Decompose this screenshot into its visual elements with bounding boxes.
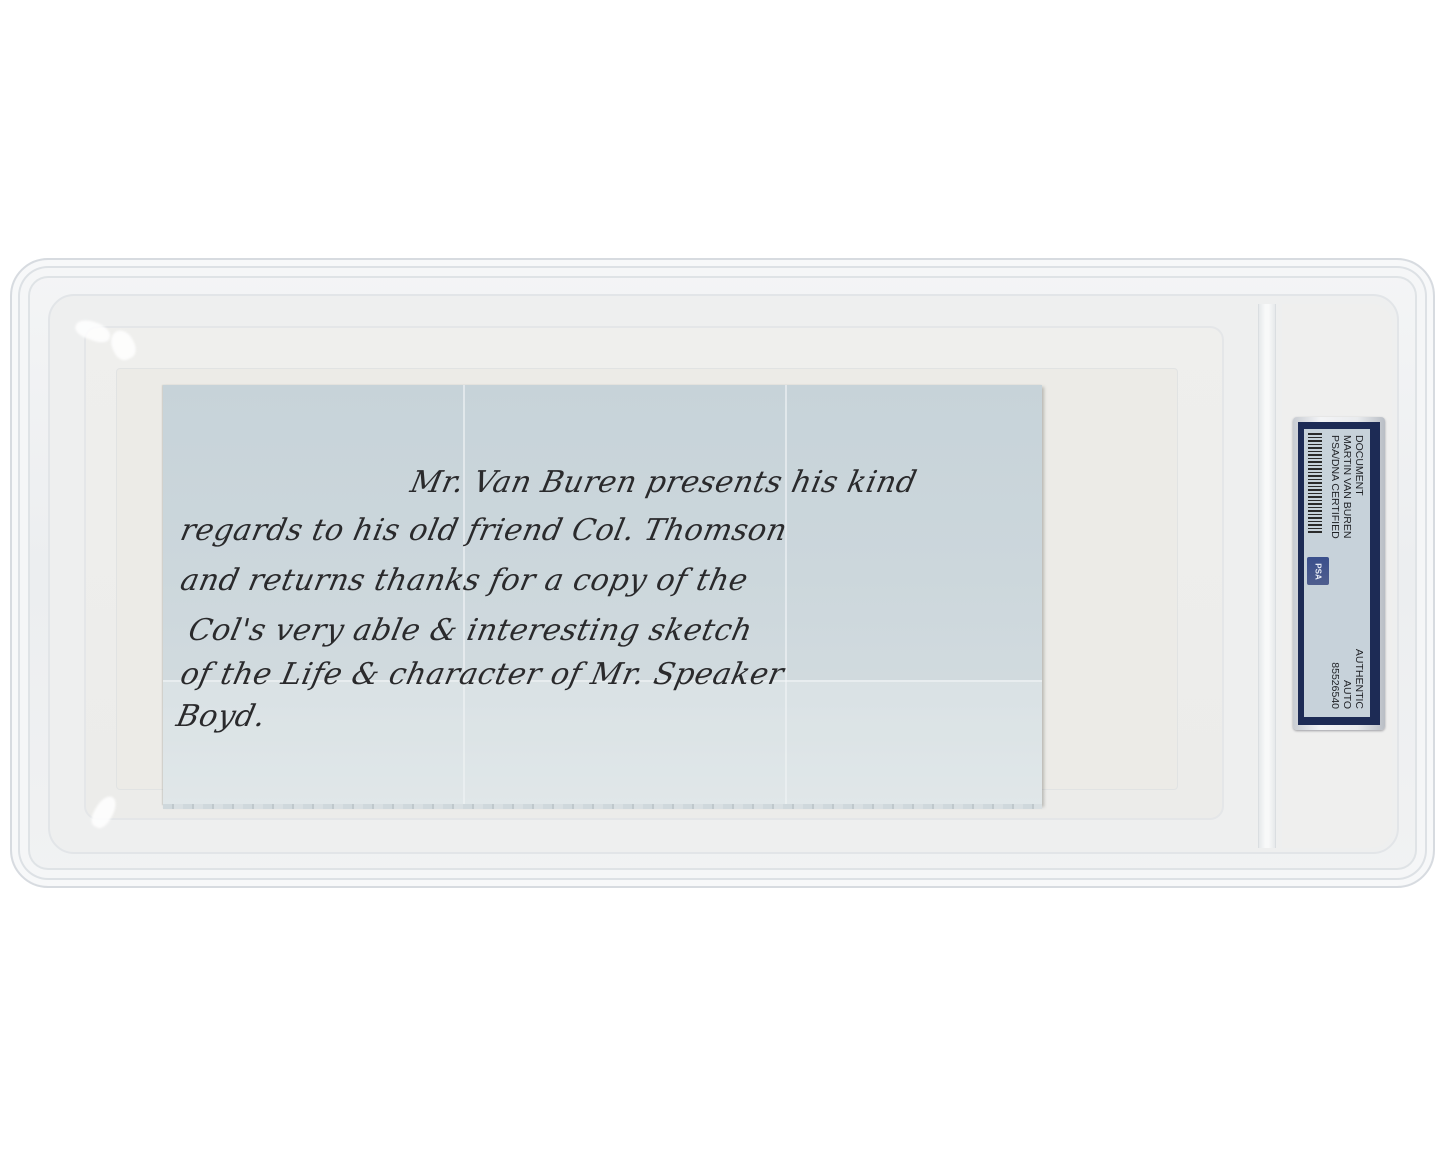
note-line: and returns thanks for a copy of the — [177, 563, 751, 598]
label-cert-number: 85526540 — [1329, 649, 1341, 709]
label-grade: AUTHENTIC — [1353, 649, 1365, 709]
label-item-type: DOCUMENT — [1353, 435, 1365, 539]
note-line: Col's very able & interesting sketch — [185, 613, 755, 648]
label-border: PSA DOCUMENT MARTIN VAN BUREN PSA/DNA CE… — [1298, 422, 1380, 725]
psa-certification-label: PSA DOCUMENT MARTIN VAN BUREN PSA/DNA CE… — [1293, 417, 1385, 730]
label-certifier: PSA/DNA CERTIFIED — [1329, 435, 1341, 539]
label-grade-block: AUTHENTIC AUTO 85526540 — [1329, 649, 1365, 709]
note-line: regards to his old friend Col. Thomson — [177, 513, 790, 548]
handwritten-note: Mr. Van Buren presents his kind regards … — [163, 385, 1042, 805]
label-text-block: DOCUMENT MARTIN VAN BUREN PSA/DNA CERTIF… — [1304, 429, 1370, 717]
label-face: PSA DOCUMENT MARTIN VAN BUREN PSA/DNA CE… — [1304, 429, 1370, 717]
handwritten-document: Mr. Van Buren presents his kind regards … — [163, 385, 1042, 805]
slab-divider-ridge — [1258, 304, 1276, 848]
note-line: of the Life & character of Mr. Speaker — [177, 657, 787, 692]
note-line: Boyd. — [173, 699, 269, 734]
label-auto-type: AUTO — [1341, 649, 1353, 709]
label-description: DOCUMENT MARTIN VAN BUREN PSA/DNA CERTIF… — [1329, 435, 1365, 539]
label-subject: MARTIN VAN BUREN — [1341, 435, 1353, 539]
note-line: Mr. Van Buren presents his kind — [407, 465, 920, 500]
